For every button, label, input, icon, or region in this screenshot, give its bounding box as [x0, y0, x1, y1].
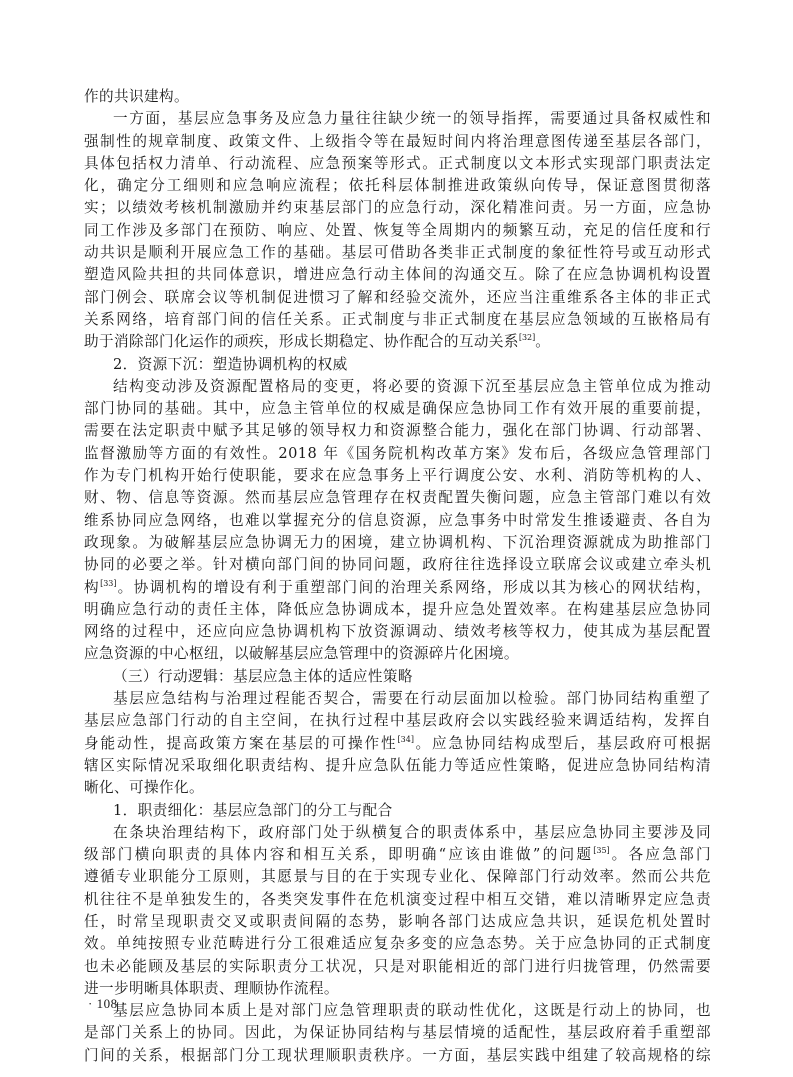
section-heading: 2．资源下沉：塑造协调机构的权威 — [84, 354, 711, 376]
text-line: 协同的必要之举。针对横向部门间的协同问题，政府往往选择设立联席会议或建立牵头机 — [84, 554, 711, 576]
line-text: 级部门横向职责的具体内容和相互关系，即明确“应该由谁做”的问题 — [84, 846, 593, 863]
text-line: 塑造风险共担的共同体意识，增进应急行动主体间的沟通交互。除了在应急协调机构设置 — [84, 264, 711, 286]
line-text: 具体包括权力清单、行动流程、应急预案等形式。正式制度以文本形式实现部门职责法定 — [84, 155, 711, 172]
line-text: 实；以绩效考核机制激励并约束基层部门的应急行动，深化精准问责。另一方面，应急协 — [84, 199, 711, 216]
text-line: 效。单纯按照专业范畴进行分工很难适应复杂多变的应急态势。关于应急协同的正式制度 — [84, 933, 711, 955]
line-text: 基层应急结构与治理过程能否契合，需要在行动层面加以检验。部门协同结构重塑了 — [113, 690, 711, 707]
line-text: 作的共识建构。 — [84, 88, 189, 105]
line-text: 动共识是顺利开展应急工作的基础。基层可借助各类非正式制度的象征性符号或互动形式 — [84, 244, 711, 261]
text-line: 动共识是顺利开展应急工作的基础。基层可借助各类非正式制度的象征性符号或互动形式 — [84, 242, 711, 264]
text-line: 维系协同应急网络，也难以掌握充分的信息资源，应急事务中时常发生推诿避责、各自为 — [84, 510, 711, 532]
line-text: 网络的过程中，还应向应急协调机构下放资源调动、绩效考核等权力，使其成为基层配置 — [84, 623, 711, 640]
text-line: 是部门关系上的协同。因此，为保证协同结构与基层情境的适配性，基层政府着手重塑部 — [84, 1022, 711, 1044]
text-line: 在条块治理结构下，政府部门处于纵横复合的职责体系中，基层应急协同主要涉及同 — [84, 822, 711, 844]
line-text-continued: 。各应急部门 — [610, 846, 711, 863]
text-line: 强制性的规章制度、政策文件、上级指令等在最短时间内将治理意图传递至基层各部门， — [84, 131, 711, 153]
line-text: （三）行动逻辑：基层应急主体的适应性策略 — [113, 668, 413, 685]
text-line: 结构变动涉及资源配置格局的变更，将必要的资源下沉至基层应急主管单位成为推动 — [84, 376, 711, 398]
text-line: 助于消除部门化运作的顽疾，形成长期稳定、协作配合的互动关系[32]。 — [84, 331, 711, 353]
citation-reference: [35] — [593, 846, 609, 855]
line-text: 基层应急协同本质上是对部门应急管理职责的联动性优化，这既是行动上的协同，也 — [113, 1002, 711, 1019]
text-line: 一方面，基层应急事务及应急力量往往缺少统一的领导指挥，需要通过具备权威性和 — [84, 108, 711, 130]
text-line: 部门例会、联席会议等机制促进惯习了解和经验交流外，还应当注重维系各主体的非正式 — [84, 287, 711, 309]
text-line: 身能动性，提高政策方案在基层的可操作性[34]。应急协同结构成型后，基层政府可根… — [84, 733, 711, 755]
text-line: 基层应急结构与治理过程能否契合，需要在行动层面加以检验。部门协同结构重塑了 — [84, 688, 711, 710]
text-line: 关系网络，培育部门间的信任关系。正式制度与非正式制度在基层应急领域的互嵌格局有 — [84, 309, 711, 331]
line-text: 监督激励等方面的有效性。2018 年《国务院机构改革方案》发布后，各级应急管理部… — [84, 445, 711, 462]
line-text: 辖区实际情况采取细化职责结构、提升应急队伍能力等适应性策略，促进应急协同结构清 — [84, 757, 711, 774]
line-text: 助于消除部门化运作的顽疾，形成长期稳定、协作配合的互动关系 — [84, 333, 519, 350]
text-line: 基层应急部门行动的自主空间，在执行过程中基层政府会以实践经验来调适结构，发挥自 — [84, 710, 711, 732]
page-number: · 108 · — [88, 996, 126, 1012]
line-text: 机往往不是单独发生的，各类突发事件在危机演变过程中相互交错，难以清晰界定应急责 — [84, 891, 711, 908]
text-line: 级部门横向职责的具体内容和相互关系，即明确“应该由谁做”的问题[35]。各应急部… — [84, 844, 711, 866]
line-text: 部门协同的基础。其中，应急主管单位的权威是确保应急协同工作有效开展的重要前提， — [84, 400, 711, 417]
line-text: 遵循专业职能分工原则，其愿景与目的在于实现专业化、保障部门行动效率。然而公共危 — [84, 868, 711, 885]
citation-reference: [34] — [398, 735, 414, 744]
text-line: 作为专门机构开始行使职能，要求在应急事务上平行调度公安、水利、消防等机构的人、 — [84, 465, 711, 487]
text-line: 任，时常呈现职责交叉或职责间隔的态势，影响各部门达成应急共识，延误危机处置时 — [84, 911, 711, 933]
line-text: 构 — [84, 579, 100, 596]
text-line: 部门协同的基础。其中，应急主管单位的权威是确保应急协同工作有效开展的重要前提， — [84, 398, 711, 420]
line-text-continued: 。 — [535, 333, 550, 350]
line-text: 身能动性，提高政策方案在基层的可操作性 — [84, 735, 398, 752]
section-heading: （三）行动逻辑：基层应急主体的适应性策略 — [84, 666, 711, 688]
text-line: 也未必能顾及基层的实际职责分工状况，只是对职能相近的部门进行归拢管理，仍然需要 — [84, 956, 711, 978]
line-text: 部门例会、联席会议等机制促进惯习了解和经验交流外，还应当注重维系各主体的非正式 — [84, 289, 711, 306]
line-text: 作为专门机构开始行使职能，要求在应急事务上平行调度公安、水利、消防等机构的人、 — [84, 467, 711, 484]
line-text: 是部门关系上的协同。因此，为保证协同结构与基层情境的适配性，基层政府着手重塑部 — [84, 1024, 711, 1041]
text-line: 作的共识建构。 — [84, 86, 711, 108]
text-line: 政现象。为破解基层应急协调无力的困境，建立协调机构、下沉治理资源就成为助推部门 — [84, 532, 711, 554]
line-text: 进一步明晰具体职责、理顺协作流程。 — [84, 980, 339, 997]
document-body: 作的共识建构。一方面，基层应急事务及应急力量往往缺少统一的领导指挥，需要通过具备… — [84, 86, 711, 1067]
line-text: 1．职责细化：基层应急部门的分工与配合 — [113, 802, 393, 819]
line-text: 效。单纯按照专业范畴进行分工很难适应复杂多变的应急态势。关于应急协同的正式制度 — [84, 935, 711, 952]
citation-reference: [32] — [519, 333, 535, 342]
line-text: 任，时常呈现职责交叉或职责间隔的态势，影响各部门达成应急共识，延误危机处置时 — [84, 913, 711, 930]
text-line: 进一步明晰具体职责、理顺协作流程。 — [84, 978, 711, 1000]
line-text: 关系网络，培育部门间的信任关系。正式制度与非正式制度在基层应急领域的互嵌格局有 — [84, 311, 711, 328]
line-text: 塑造风险共担的共同体意识，增进应急行动主体间的沟通交互。除了在应急协调机构设置 — [84, 266, 711, 283]
text-line: 应急资源的中心枢纽，以破解基层应急管理中的资源碎片化困境。 — [84, 643, 711, 665]
text-line: 同工作涉及多部门在预防、响应、处置、恢复等全周期内的频繁互动，充足的信任度和行 — [84, 220, 711, 242]
line-text: 财、物、信息等资源。然而基层应急管理存在权责配置失衡问题，应急主管部门难以有效 — [84, 489, 711, 506]
line-text: 需要在法定职责中赋予其足够的领导权力和资源整合能力，强化在部门协调、行动部署、 — [84, 422, 711, 439]
line-text: 明确应急行动的责任主体，降低应急协调成本，提升应急处置效率。在构建基层应急协同 — [84, 601, 711, 618]
line-text-continued: 。协调机构的增设有利于重塑部门间的治理关系网络，形成以其为核心的网状结构， — [117, 579, 712, 596]
line-text: 协同的必要之举。针对横向部门间的协同问题，政府往往选择设立联席会议或建立牵头机 — [84, 556, 711, 573]
text-line: 具体包括权力清单、行动流程、应急预案等形式。正式制度以文本形式实现部门职责法定 — [84, 153, 711, 175]
line-text: 2．资源下沉：塑造协调机构的权威 — [113, 356, 348, 373]
line-text: 在条块治理结构下，政府部门处于纵横复合的职责体系中，基层应急协同主要涉及同 — [113, 824, 711, 841]
line-text-continued: 。应急协同结构成型后，基层政府可根据 — [414, 735, 711, 752]
text-line: 基层应急协同本质上是对部门应急管理职责的联动性优化，这既是行动上的协同，也 — [84, 1000, 711, 1022]
citation-reference: [33] — [100, 579, 116, 588]
text-line: 实；以绩效考核机制激励并约束基层部门的应急行动，深化精准问责。另一方面，应急协 — [84, 197, 711, 219]
line-text: 基层应急部门行动的自主空间，在执行过程中基层政府会以实践经验来调适结构，发挥自 — [84, 712, 711, 729]
line-text: 强制性的规章制度、政策文件、上级指令等在最短时间内将治理意图传递至基层各部门， — [84, 133, 711, 150]
text-line: 财、物、信息等资源。然而基层应急管理存在权责配置失衡问题，应急主管部门难以有效 — [84, 487, 711, 509]
text-line: 辖区实际情况采取细化职责结构、提升应急队伍能力等适应性策略，促进应急协同结构清 — [84, 755, 711, 777]
text-line: 化，确定分工细则和应急响应流程；依托科层体制推进政策纵向传导，保证意图贯彻落 — [84, 175, 711, 197]
line-text: 同工作涉及多部门在预防、响应、处置、恢复等全周期内的频繁互动，充足的信任度和行 — [84, 222, 711, 239]
text-line: 遵循专业职能分工原则，其愿景与目的在于实现专业化、保障部门行动效率。然而公共危 — [84, 866, 711, 888]
text-line: 晰化、可操作化。 — [84, 777, 711, 799]
line-text: 一方面，基层应急事务及应急力量往往缺少统一的领导指挥，需要通过具备权威性和 — [113, 110, 711, 127]
text-line: 门间的关系，根据部门分工现状理顺职责秩序。一方面，基层实践中组建了较高规格的综 — [84, 1045, 711, 1067]
line-text: 化，确定分工细则和应急响应流程；依托科层体制推进政策纵向传导，保证意图贯彻落 — [84, 177, 711, 194]
text-line: 网络的过程中，还应向应急协调机构下放资源调动、绩效考核等权力，使其成为基层配置 — [84, 621, 711, 643]
text-line: 监督激励等方面的有效性。2018 年《国务院机构改革方案》发布后，各级应急管理部… — [84, 443, 711, 465]
text-line: 明确应急行动的责任主体，降低应急协调成本，提升应急处置效率。在构建基层应急协同 — [84, 599, 711, 621]
text-line: 机往往不是单独发生的，各类突发事件在危机演变过程中相互交错，难以清晰界定应急责 — [84, 889, 711, 911]
line-text: 结构变动涉及资源配置格局的变更，将必要的资源下沉至基层应急主管单位成为推动 — [113, 378, 711, 395]
line-text: 应急资源的中心枢纽，以破解基层应急管理中的资源碎片化困境。 — [84, 645, 519, 662]
line-text: 门间的关系，根据部门分工现状理顺职责秩序。一方面，基层实践中组建了较高规格的综 — [84, 1047, 711, 1064]
line-text: 维系协同应急网络，也难以掌握充分的信息资源，应急事务中时常发生推诿避责、各自为 — [84, 512, 711, 529]
text-line: 构[33]。协调机构的增设有利于重塑部门间的治理关系网络，形成以其为核心的网状结… — [84, 577, 711, 599]
line-text: 也未必能顾及基层的实际职责分工状况，只是对职能相近的部门进行归拢管理，仍然需要 — [84, 958, 711, 975]
line-text: 政现象。为破解基层应急协调无力的困境，建立协调机构、下沉治理资源就成为助推部门 — [84, 534, 711, 551]
section-heading: 1．职责细化：基层应急部门的分工与配合 — [84, 800, 711, 822]
text-line: 需要在法定职责中赋予其足够的领导权力和资源整合能力，强化在部门协调、行动部署、 — [84, 420, 711, 442]
line-text: 晰化、可操作化。 — [84, 779, 204, 796]
